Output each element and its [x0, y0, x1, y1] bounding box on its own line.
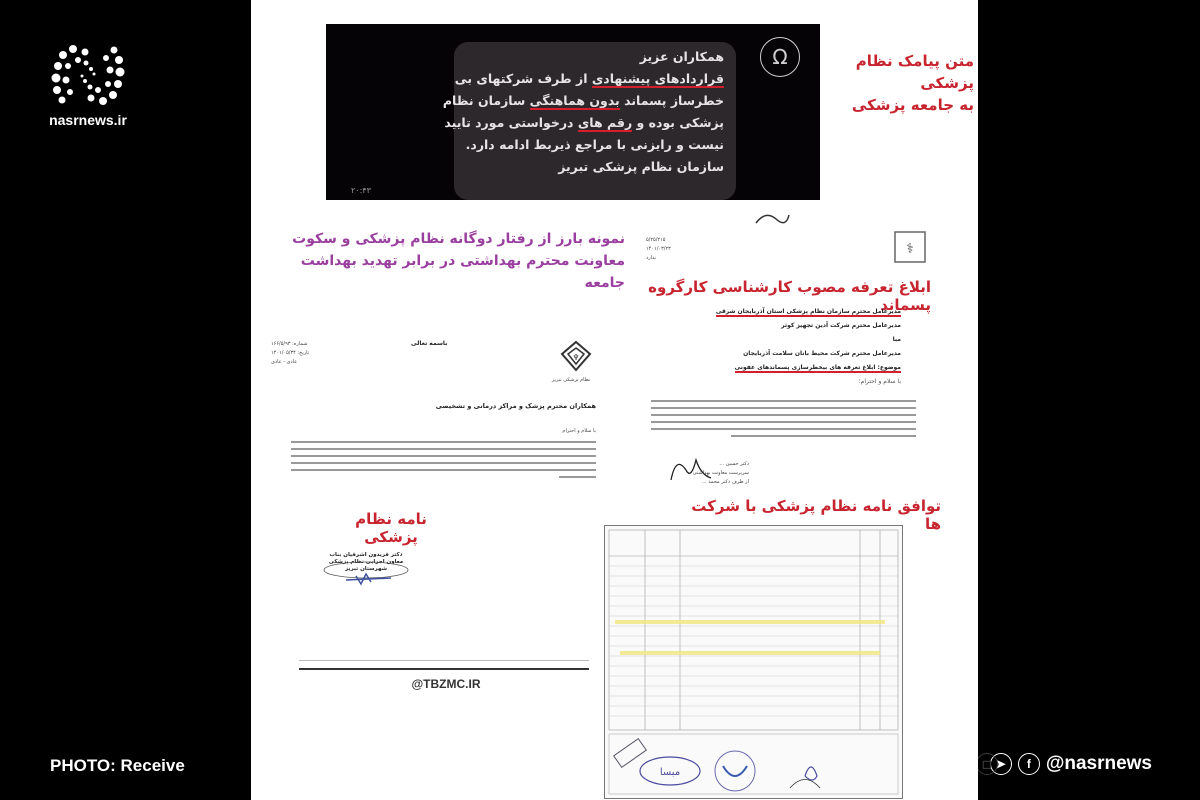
meta-date: ۱۴۰۱/۰۳/۲۳: [646, 245, 686, 254]
sms-line: همکاران عزیز: [466, 46, 724, 68]
sms-caption-line: به جامعه پزشکی: [819, 94, 974, 116]
agreement-document: مبسا: [604, 525, 903, 799]
headline-line: معاونت محترم بهداشتی در برابر تهدید بهدا…: [265, 250, 625, 294]
sms-line: قراردادهای پیشنهادی از طرف شرکتهای بی: [466, 68, 724, 90]
meta-number: ۵/۲۵/۲۱۵: [646, 236, 686, 245]
recipient: مدیرعامل محترم سازمان نظام پزشکی استان آ…: [716, 308, 901, 317]
social-bar: ◻ ➤ f @nasrnews: [990, 753, 1152, 775]
recipient: مبا: [671, 333, 901, 347]
subject: موضوع: ابلاغ تعرفه های بیخطرسازی پسمانده…: [735, 364, 901, 373]
letter-left-salutation: همکاران محترم پزشک و مراکز درمانی و تشخی…: [366, 402, 596, 410]
sms-caption: متن پیامک نظام پزشکی به جامعه پزشکی: [819, 50, 974, 116]
recipient: مدیرعامل محترم شرکت محیط بانان سلامت آذر…: [671, 347, 901, 361]
social-handle[interactable]: @nasrnews: [1046, 753, 1152, 775]
signature-scribble: [666, 450, 716, 490]
letter-left-bismillah: باسمه تعالی: [411, 340, 447, 347]
letter-left-footer-rule: [299, 668, 589, 670]
sms-bubble: همکاران عزیز قراردادهای پیشنهادی از طرف …: [454, 42, 736, 200]
photo-credit: PHOTO: Receive: [50, 756, 185, 776]
svg-text:⚕: ⚕: [906, 241, 914, 257]
letter-left-footer-line: [299, 660, 589, 661]
letter-left-caption: نامه نظام پزشکی: [331, 510, 451, 546]
medical-council-emblem-icon: ♆: [556, 336, 596, 376]
letter-left-greeting: با سلام و احترام: [511, 427, 596, 436]
recipient: مدیرعامل محترم شرکت آدین تجهیز کوثر: [671, 319, 901, 333]
handwritten-mark: [751, 205, 791, 230]
svg-text:مبسا: مبسا: [660, 767, 680, 778]
sms-line: نیست و رایزنی با مراجع ذیربط ادامه دارد.: [466, 134, 724, 156]
sms-line: خطرساز پسماند بدون هماهنگی سازمان نظام: [466, 90, 724, 112]
site-name: nasrnews.ir: [0, 112, 176, 128]
letter-left-org: نظام پزشکی تبریز: [541, 376, 601, 385]
signature-scribble: [321, 548, 411, 588]
headline-line: نمونه بارز از رفتار دوگانه نظام پزشکی و …: [265, 228, 625, 250]
sms-line: سازمان نظام پزشکی تبریز: [466, 156, 724, 178]
collage-panel: همکاران عزیز قراردادهای پیشنهادی از طرف …: [251, 0, 978, 800]
greeting: با سلام و احترام؛: [671, 375, 901, 389]
sms-screenshot: همکاران عزیز قراردادهای پیشنهادی از طرف …: [326, 24, 820, 200]
meta-number: شماره: ۱۶۶/۵/۹۳: [271, 340, 351, 349]
sms-line: پزشکی بوده و رقم های درخواستی مورد تایید: [466, 112, 724, 134]
headline: نمونه بارز از رفتار دوگانه نظام پزشکی و …: [265, 228, 625, 294]
letter-right-meta: ۵/۲۵/۲۱۵ ۱۴۰۱/۰۳/۲۳ ندارد: [646, 236, 686, 263]
agreement-table: مبسا: [605, 526, 902, 798]
svg-text:♆: ♆: [572, 353, 579, 362]
letter-right-body: [651, 395, 916, 442]
instagram-icon[interactable]: ◻: [976, 753, 998, 775]
letter-right-recipients: مدیرعامل محترم سازمان نظام پزشکی استان آ…: [671, 305, 901, 389]
letter-left-handle: @TBZMC.IR: [391, 677, 501, 691]
letter-left-meta: شماره: ۱۶۶/۵/۹۳ تاریخ: ۱۴۰۱/۰۵/۳۴ عادی -…: [271, 340, 351, 367]
meta-date: تاریخ: ۱۴۰۱/۰۵/۳۴: [271, 349, 351, 358]
facebook-icon[interactable]: f: [1018, 753, 1040, 775]
meta-attachment: ندارد: [646, 254, 686, 263]
nasrnews-logo: [48, 40, 128, 110]
letter-left-body: [291, 436, 596, 483]
sms-time: ۲۰:۴۳: [351, 186, 371, 195]
sms-caption-line: متن پیامک نظام پزشکی: [819, 50, 974, 94]
meta-priority: عادی - عادی: [271, 358, 351, 367]
ministry-emblem-icon: ⚕: [891, 228, 931, 273]
avatar-icon: Ω: [760, 37, 800, 77]
